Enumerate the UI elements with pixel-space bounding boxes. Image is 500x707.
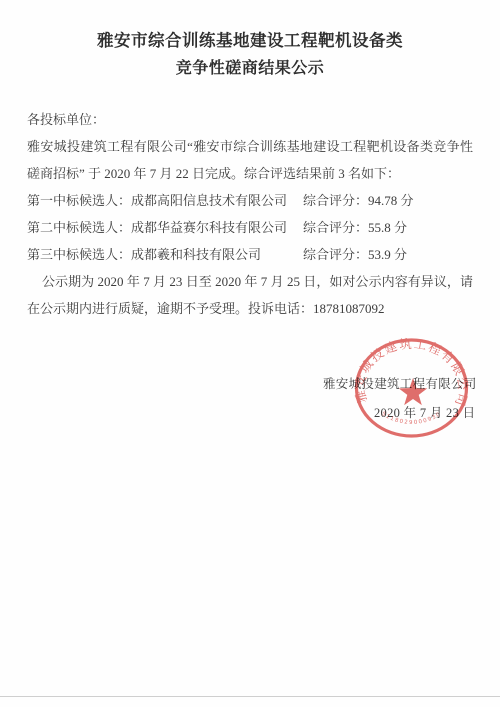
winner-1-company: 成都高阳信息技术有限公司 (131, 193, 287, 208)
notice-paragraph: 公示期为 2020 年 7 月 23 日至 2020 年 7 月 25 日，如对… (27, 268, 473, 322)
document-title-line1: 雅安市综合训练基地建设工程靶机设备类 (0, 31, 500, 50)
winner-row-2: 第二中标候选人：成都华益赛尔科技有限公司 综合评分：55.8 分 (27, 214, 473, 241)
winner-row-3: 第三中标候选人：成都羲和科技有限公司 综合评分：53.9 分 (27, 241, 473, 268)
winner-1-score: 综合评分：94.78 分 (303, 187, 414, 214)
document-title: 雅安市综合训练基地建设工程靶机设备类 竞争性磋商结果公示 (0, 31, 500, 78)
winner-2-score: 综合评分：55.8 分 (303, 214, 407, 241)
winner-1-rank-label: 第一中标候选人： (27, 193, 131, 208)
winner-3-score-value: 53.9 分 (368, 247, 407, 262)
winner-2-score-label: 综合评分： (303, 220, 368, 235)
scanned-announcement-page: 雅安市综合训练基地建设工程靶机设备类 竞争性磋商结果公示 各投标单位： 雅安城投… (0, 0, 500, 707)
salutation: 各投标单位： (27, 106, 473, 133)
signature-company: 雅安城投建筑工程有限公司 (323, 374, 477, 392)
winner-2-company: 成都华益赛尔科技有限公司 (131, 220, 287, 235)
winner-3-company: 成都羲和科技有限公司 (131, 247, 261, 262)
winner-1-score-value: 94.78 分 (368, 193, 414, 208)
page-bottom-edge (0, 696, 500, 697)
document-title-line2: 竞争性磋商结果公示 (0, 59, 500, 78)
winner-list: 第一中标候选人：成都高阳信息技术有限公司 综合评分：94.78 分 第二中标候选… (27, 187, 473, 268)
winner-3-score: 综合评分：53.9 分 (303, 241, 407, 268)
winner-3-score-label: 综合评分： (303, 247, 368, 262)
winner-row-1: 第一中标候选人：成都高阳信息技术有限公司 综合评分：94.78 分 (27, 187, 473, 214)
seal-arc-text: 雅安城投建筑工程有限公司 (353, 337, 470, 409)
intro-paragraph: 雅安城投建筑工程有限公司“雅安市综合训练基地建设工程靶机设备类竞争性磋商招标” … (27, 133, 473, 187)
winner-3-rank-label: 第三中标候选人： (27, 247, 131, 262)
winner-2-score-value: 55.8 分 (368, 220, 407, 235)
winner-1-score-label: 综合评分： (303, 193, 368, 208)
winner-2-rank-label: 第二中标候选人： (27, 220, 131, 235)
signature-date: 2020 年 7 月 23 日 (374, 403, 475, 421)
